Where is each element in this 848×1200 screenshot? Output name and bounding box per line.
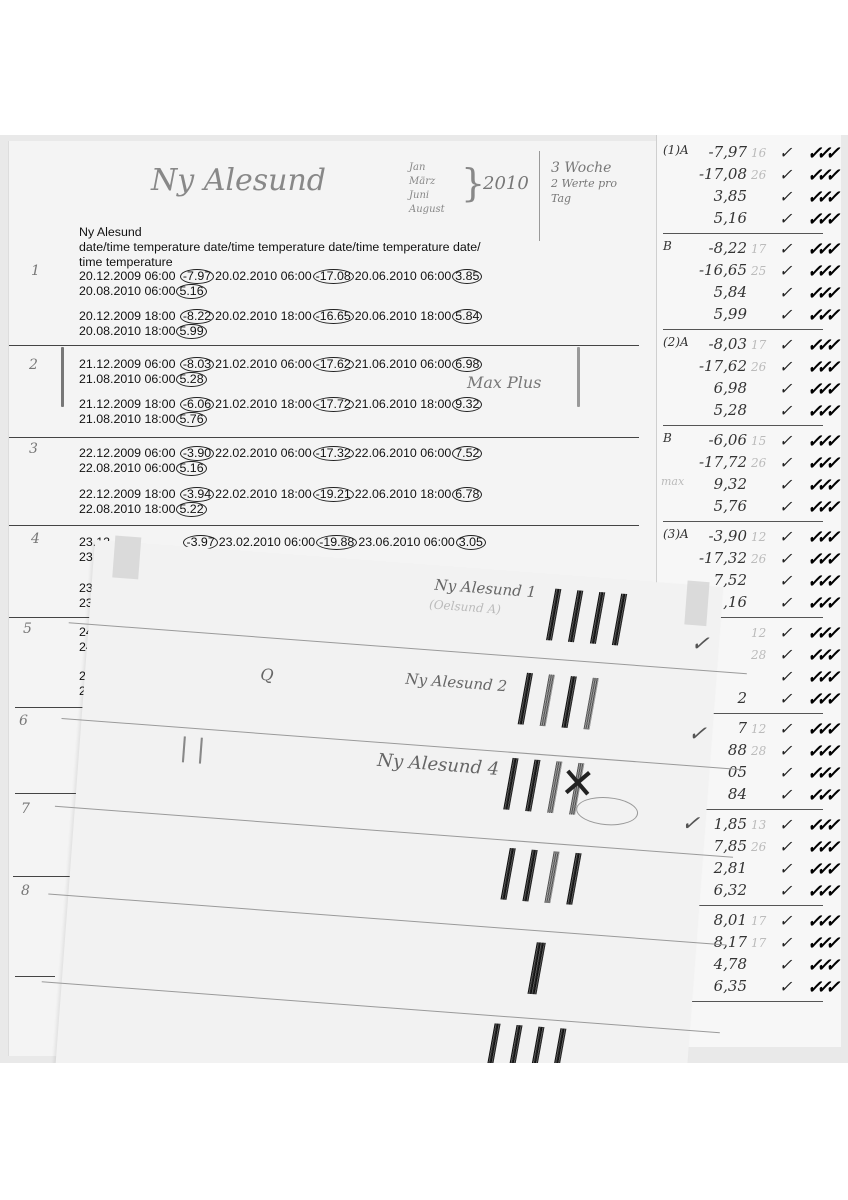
check-icon: ✓✓✓: [807, 933, 834, 954]
tally-count: 26: [751, 168, 766, 182]
separator: [663, 425, 823, 426]
tally-value-row: max9,32✓✓✓✓: [657, 475, 841, 493]
check-icon: ✓✓✓: [807, 261, 834, 282]
tally-marks: [520, 673, 596, 730]
reading-row: 22.12.2009 18:00 -3.9422.02.2010 18:00-1…: [79, 487, 483, 502]
tally-count: 17: [751, 338, 766, 352]
check-icon: ✓✓✓: [807, 785, 834, 806]
check-icon: ✓✓✓: [807, 379, 834, 400]
reading-row: 22.08.2010 06:005.16: [79, 461, 208, 476]
row-number: 3: [29, 441, 38, 457]
tally-marks: [488, 1023, 564, 1063]
tally-label: Ny Alesund 2: [405, 670, 508, 696]
check-icon: ✓: [779, 527, 792, 546]
check-icon: ✓: [779, 261, 792, 280]
circle-mark: [575, 795, 639, 828]
check-icon: ✓✓✓: [807, 911, 834, 932]
tally-value: 5,16: [683, 209, 747, 227]
tally-count: 28: [751, 744, 766, 758]
tally-value: -17,08: [683, 165, 747, 183]
check-icon: ✓✓✓: [807, 571, 834, 592]
tally-count: 25: [751, 264, 766, 278]
tally-value-row: 5,99✓✓✓✓: [657, 305, 841, 323]
tally-count: 17: [751, 914, 766, 928]
check-icon: ✓✓✓: [807, 335, 834, 356]
check-icon: ✓✓✓: [807, 209, 834, 230]
tally-value-row: (2)A-8,0317✓✓✓✓: [657, 335, 841, 353]
tally-sublabel: (Oelsund A): [429, 597, 502, 616]
check-icon: ✓✓✓: [807, 431, 834, 452]
tally-value-row: 5,16✓✓✓✓: [657, 209, 841, 227]
handwritten-year: 2010: [483, 173, 529, 194]
tally-value: -17,32: [683, 549, 747, 567]
tape: [684, 581, 709, 627]
check-icon: ✓: [779, 357, 792, 376]
check-icon: ✓: [779, 497, 792, 516]
tally-value-row: 6,98✓✓✓✓: [657, 379, 841, 397]
pencil-mark: [577, 347, 580, 407]
check-icon: ✓✓✓: [807, 453, 834, 474]
check-icon: ✓: [779, 763, 792, 782]
tally-marks: [503, 848, 579, 905]
check-icon: ✓: [779, 667, 792, 686]
tally-count: 13: [751, 818, 766, 832]
margin-mark: Q: [260, 665, 275, 685]
check-icon: ✓: [779, 305, 792, 324]
pencil-mark: [61, 347, 64, 407]
check-icon: ✓✓✓: [807, 645, 834, 666]
group-tag: B: [663, 431, 672, 445]
check-icon: ✓✓✓: [807, 763, 834, 784]
check-icon: ✓: [779, 283, 792, 302]
tally-value: 3,85: [683, 187, 747, 205]
margin-strokes: | |: [179, 733, 207, 765]
reading-row: 20.08.2010 18:005.99: [79, 324, 208, 339]
check-icon: ✓✓✓: [807, 143, 834, 164]
reading-row: 20.12.2009 06:00 -7.9720.02.2010 06:00-1…: [79, 269, 483, 284]
tally-count: 15: [751, 434, 766, 448]
tally-value: 9,32: [683, 475, 747, 493]
check-icon: ✓: [779, 911, 792, 930]
tally-value-row: -16,6525✓✓✓✓: [657, 261, 841, 279]
check-icon: ✓✓✓: [807, 549, 834, 570]
group-tag: (1)A: [663, 143, 689, 157]
ruled-line: [42, 981, 720, 1033]
tally-count: 26: [751, 840, 766, 854]
check-icon: ✓: [779, 741, 792, 760]
check-icon: ✓✓✓: [807, 305, 834, 326]
tally-count: 17: [751, 936, 766, 950]
divider: [539, 151, 540, 241]
check-icon: ✓✓✓: [807, 593, 834, 614]
check-icon: ✓✓✓: [807, 475, 834, 496]
reading-row: 22.12.2009 06:00 -3.9022.02.2010 06:00-1…: [79, 446, 483, 461]
tally-count: 17: [751, 242, 766, 256]
station-name: Ny Alesund: [79, 225, 142, 239]
reading-row: 22.08.2010 18:005.22: [79, 502, 208, 517]
group-tag: B: [663, 239, 672, 253]
handwritten-note: 3 Woche 2 Werte pro Tag: [551, 161, 617, 206]
check-icon: ✓✓✓: [807, 667, 834, 688]
reading-row: 21.12.2009 06:00 -8.0321.02.2010 06:00-1…: [79, 357, 483, 372]
tally-value: -3,90: [683, 527, 747, 545]
check-icon: ✓✓✓: [807, 283, 834, 304]
check-icon: ✓: [779, 785, 792, 804]
check-icon: ✓: [779, 689, 792, 708]
tally-value-row: (3)A-3,9012✓✓✓✓: [657, 527, 841, 545]
tally-value: -8,03: [683, 335, 747, 353]
check-icon: ✓: [779, 815, 792, 834]
tally-value: -6,06: [683, 431, 747, 449]
check-icon: ✓: [779, 239, 792, 258]
check-icon: ✓✓✓: [807, 859, 834, 880]
group-tag: (2)A: [663, 335, 689, 349]
tally-value-row: 3,85✓✓✓✓: [657, 187, 841, 205]
check-icon: ✓: [779, 859, 792, 878]
separator: [663, 521, 823, 522]
tally-value: -17,72: [683, 453, 747, 471]
ruled-line: [48, 893, 726, 945]
row-number: 2: [29, 357, 38, 373]
check-icon: ✓✓✓: [807, 719, 834, 740]
check-icon: ✓: [779, 335, 792, 354]
photo-of-documents: Ny Alesund Jan März Juni August } 2010 3…: [0, 135, 848, 1063]
tally-value-row: -17,6226✓✓✓✓: [657, 357, 841, 375]
separator: [9, 345, 639, 346]
tally-count: 12: [751, 530, 766, 544]
check-icon: ✓: [779, 453, 792, 472]
max-note: max: [661, 475, 684, 488]
check-icon: ✓: [779, 431, 792, 450]
check-icon: ✓✓✓: [807, 623, 834, 644]
column-header-2: time temperature: [79, 255, 173, 269]
check-icon: ✓: [779, 143, 792, 162]
check-icon: ✓✓✓: [807, 955, 834, 976]
separator: [663, 233, 823, 234]
tally-value: 5,76: [683, 497, 747, 515]
check-icon: ✓: [779, 719, 792, 738]
row-number: 4: [31, 531, 40, 547]
check-icon: ✓✓✓: [807, 497, 834, 518]
column-header-1: date/time temperature date/time temperat…: [79, 240, 481, 254]
check-icon: ✓✓✓: [807, 689, 834, 710]
separator: [9, 437, 639, 438]
handwritten-months: Jan März Juni August: [409, 161, 445, 217]
tally-value: 5,84: [683, 283, 747, 301]
tally-value-row: B-8,2217✓✓✓✓: [657, 239, 841, 257]
check-icon: ✓: [779, 209, 792, 228]
row-number: 6: [19, 713, 28, 729]
tally-count: 26: [751, 456, 766, 470]
check-icon: ✓✓✓: [807, 977, 834, 998]
tally-value: 5,28: [683, 401, 747, 419]
tally-value: 6,98: [683, 379, 747, 397]
tally-value: 5,99: [683, 305, 747, 323]
tally-count: 12: [751, 626, 766, 640]
separator: [663, 329, 823, 330]
check-icon: ✓✓✓: [807, 881, 834, 902]
tally-count: 12: [751, 722, 766, 736]
tally-value-row: 5,84✓✓✓✓: [657, 283, 841, 301]
tally-value-row: -17,3226✓✓✓✓: [657, 549, 841, 567]
row-number: 5: [23, 621, 32, 637]
check-icon: ✓✓✓: [807, 527, 834, 548]
tape: [112, 536, 141, 580]
tally-value-row: -17,0826✓✓✓✓: [657, 165, 841, 183]
check-icon: ✓: [779, 549, 792, 568]
check-icon: ✓: [779, 401, 792, 420]
tally-value-row: B-6,0615✓✓✓✓: [657, 431, 841, 449]
tally-count: 16: [751, 146, 766, 160]
tally-count: 26: [751, 360, 766, 374]
max-plus-note: Max Plus: [467, 373, 541, 392]
tally-count: 26: [751, 552, 766, 566]
check-icon: ✓: [779, 837, 792, 856]
tally-value-row: 5,76✓✓✓✓: [657, 497, 841, 515]
tally-label: Ny Alesund 1: [434, 576, 537, 602]
check-icon: ✓✓✓: [807, 401, 834, 422]
check-icon: ✓: [690, 631, 710, 657]
reading-row: 21.08.2010 18:005.76: [79, 412, 208, 427]
separator: [9, 525, 639, 526]
tally-value: -7,97: [683, 143, 747, 161]
check-icon: ✓✓✓: [807, 815, 834, 836]
check-icon: ✓✓✓: [807, 357, 834, 378]
check-icon: ✓: [779, 379, 792, 398]
reading-row: 21.12.2009 18:00 -6.0621.02.2010 18:00-1…: [79, 397, 483, 412]
check-icon: ✓: [779, 187, 792, 206]
row-number: 7: [21, 801, 30, 817]
check-icon: ✓: [779, 593, 792, 612]
check-icon: ✓: [779, 571, 792, 590]
check-icon: ✓: [779, 623, 792, 642]
handwritten-title: Ny Alesund: [151, 163, 326, 198]
tally-value: -16,65: [683, 261, 747, 279]
brace-mark: }: [461, 161, 485, 205]
row-number: 8: [21, 883, 30, 899]
check-icon: ✓✓✓: [807, 239, 834, 260]
group-tag: (3)A: [663, 527, 689, 541]
tally-value-row: -17,7226✓✓✓✓: [657, 453, 841, 471]
tally-label: Ny Alesund 4: [376, 750, 499, 780]
check-icon: ✓✓✓: [807, 187, 834, 208]
reading-row: 20.08.2010 06:005.16: [79, 284, 208, 299]
reading-row: 20.12.2009 18:00 -8.2220.02.2010 18:00-1…: [79, 309, 483, 324]
check-icon: ✓: [779, 933, 792, 952]
check-icon: ✓✓✓: [807, 837, 834, 858]
row-number: 1: [31, 263, 40, 279]
check-icon: ✓: [779, 955, 792, 974]
check-icon: ✓✓✓: [807, 165, 834, 186]
tally-card: Ny Alesund 1 (Oelsund A) ✓ Q Ny Alesund …: [53, 540, 723, 1063]
tally-value-row: 5,28✓✓✓✓: [657, 401, 841, 419]
tally-value: -17,62: [683, 357, 747, 375]
check-icon: ✓: [687, 721, 707, 747]
tally-value-row: (1)A-7,9716✓✓✓✓: [657, 143, 841, 161]
check-icon: ✓: [779, 645, 792, 664]
tally-value: -8,22: [683, 239, 747, 257]
check-icon: ✓: [680, 811, 700, 837]
ruled-line: [69, 622, 747, 674]
reading-row: 21.08.2010 06:005.28: [79, 372, 208, 387]
check-icon: ✓✓✓: [807, 741, 834, 762]
separator: [15, 976, 55, 977]
tally-marks: [549, 588, 625, 645]
tally-count: 28: [751, 648, 766, 662]
tally-marks: [530, 942, 543, 995]
check-icon: ✓: [779, 475, 792, 494]
check-icon: ✓: [779, 881, 792, 900]
check-icon: ✓: [779, 165, 792, 184]
check-icon: ✓: [779, 977, 792, 996]
